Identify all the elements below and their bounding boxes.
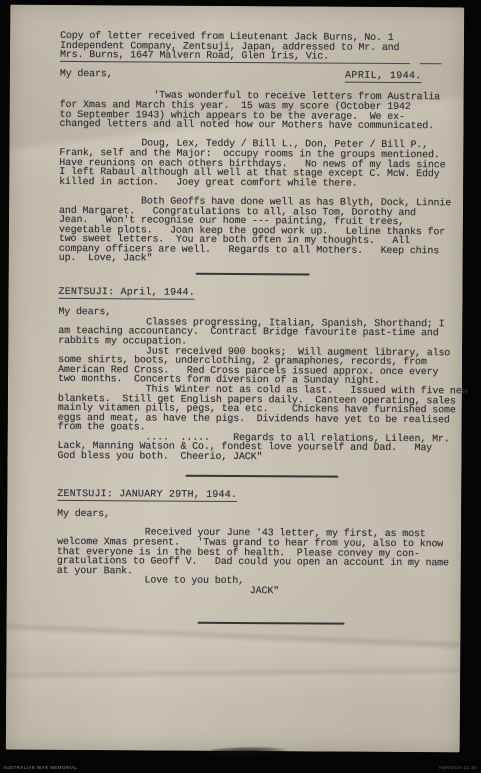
scan-background: Copy of letter received from Lieutenant … bbox=[0, 0, 481, 773]
letter-content: Copy of letter received from Lieutenant … bbox=[57, 32, 451, 625]
letter-body-zentsuji-january: Received your June '43 letter, my first,… bbox=[57, 528, 447, 578]
salutation-3: My dears, bbox=[57, 510, 447, 522]
letter-signature: JACK" bbox=[57, 586, 447, 598]
letter-paper: Copy of letter received from Lieutenant … bbox=[6, 5, 465, 753]
archive-watermark: AUSTRALIAN WAR MEMORIAL bbox=[3, 765, 77, 770]
letter-date-april-1944: APRIL, 1944. bbox=[345, 72, 422, 84]
underline-extension bbox=[329, 53, 410, 65]
letter-body-zentsuji-april: Classes progressing, Italian, Spanish, S… bbox=[57, 318, 448, 464]
archive-id: AWM2019 22.35 bbox=[438, 765, 477, 770]
section-heading-zentsuji-january: ZENTSUJI: JANUARY 29TH, 1944. bbox=[57, 490, 237, 502]
bottom-edge-smudge bbox=[211, 745, 291, 756]
letter-header: Copy of letter received from Lieutenant … bbox=[60, 32, 450, 65]
header-line-3-row: Mrs. Burns, 1647 Malvern Road, Glen Iris… bbox=[60, 51, 442, 64]
underline-end-segment bbox=[420, 53, 442, 64]
greeting-row: My dears, APRIL, 1944. bbox=[60, 70, 422, 83]
section-3: ZENTSUJI: JANUARY 29TH, 1944. My dears, … bbox=[57, 476, 448, 598]
section-divider-3 bbox=[198, 621, 345, 624]
section-heading-zentsuji-april: ZENTSUJI: April, 1944. bbox=[58, 288, 194, 300]
header-line-3: Mrs. Burns, 1647 Malvern Road, Glen Iris… bbox=[60, 51, 329, 64]
letter-body-april: 'Twas wonderful to receive letters from … bbox=[59, 91, 450, 266]
section-2: ZENTSUJI: April, 1944. My dears, Classes… bbox=[57, 274, 448, 464]
salutation-1: My dears, bbox=[60, 70, 113, 81]
